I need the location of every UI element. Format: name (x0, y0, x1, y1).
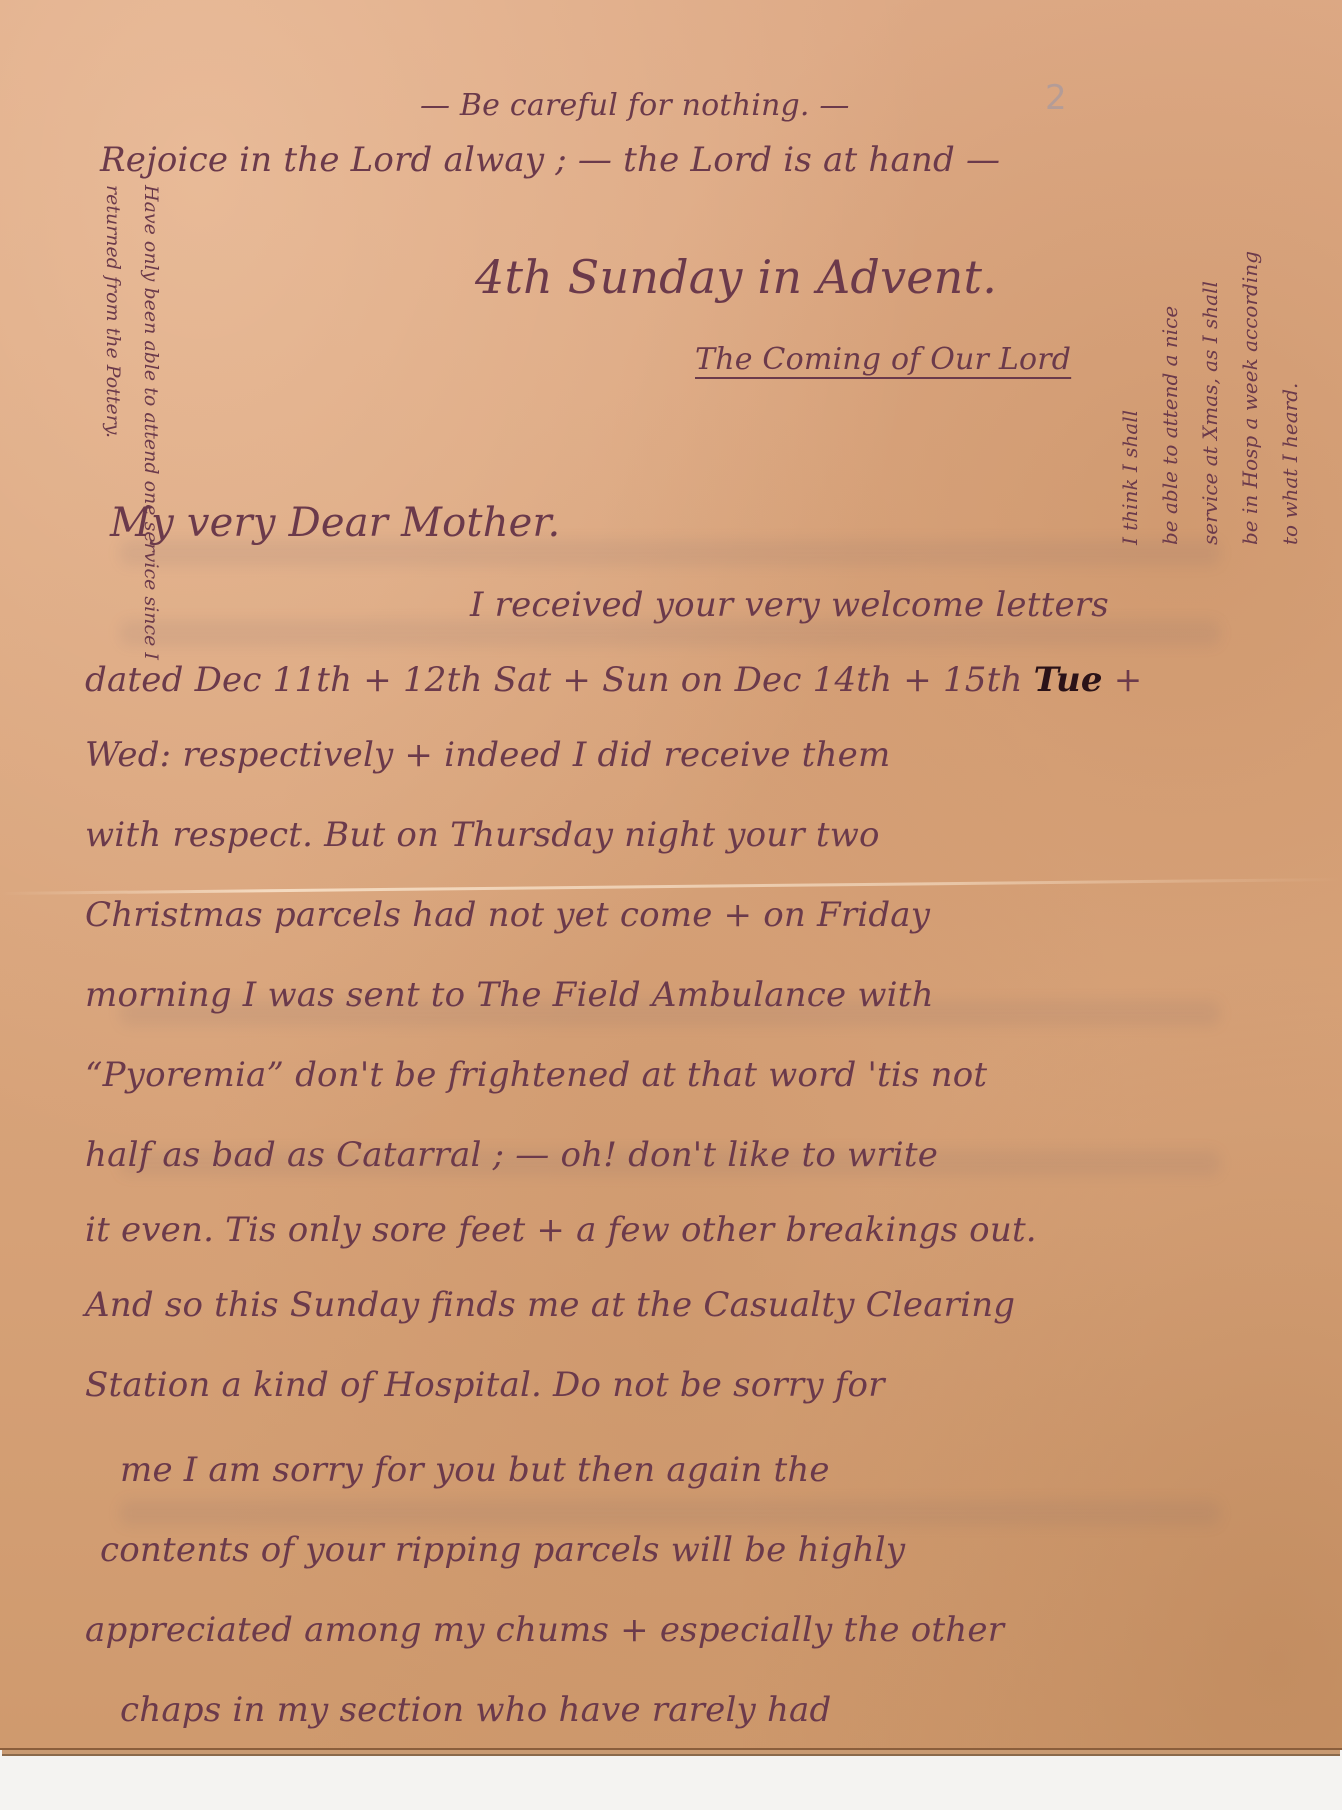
body-line: “Pyoremia” don't be frightened at that w… (85, 1055, 987, 1095)
right-margin-note-line: to what I heard. (1270, 25, 1310, 545)
body-line: appreciated among my chums + especially … (85, 1610, 1004, 1650)
body-line: with respect. But on Thursday night your… (85, 815, 880, 855)
body-line-text: + (1114, 660, 1143, 700)
body-line: contents of your ripping parcels will be… (100, 1530, 905, 1570)
body-line: half as bad as Catarral ; — oh! don't li… (85, 1135, 938, 1175)
heading-subtitle: The Coming of Our Lord (695, 342, 1071, 377)
heading-title: 4th Sunday in Advent. (475, 250, 997, 304)
body-line: And so this Sunday finds me at the Casua… (85, 1285, 1015, 1325)
paper-fold-crease (0, 878, 1342, 895)
body-line: morning I was sent to The Field Ambulanc… (85, 975, 934, 1015)
left-margin-note: Have only been able to attend one servic… (94, 185, 170, 685)
right-margin-note: I think I shall be able to attend a nice… (1110, 25, 1310, 545)
epigraph-line-2: Rejoice in the Lord alway ; — the Lord i… (100, 140, 1000, 180)
body-line: dated Dec 11th + 12th Sat + Sun on Dec 1… (85, 660, 1142, 700)
body-line-text: dated Dec 11th + 12th Sat + Sun on Dec 1… (85, 660, 1023, 700)
right-margin-note-line: be in Hosp a week according (1230, 25, 1270, 545)
page-number: 2 (1045, 78, 1067, 118)
bleed-through-text (120, 1500, 1220, 1526)
body-line: Station a kind of Hospital. Do not be so… (85, 1365, 885, 1405)
body-line: Wed: respectively + indeed I did receive… (85, 735, 890, 775)
right-margin-note-line: I think I shall (1110, 25, 1150, 545)
right-margin-note-line: be able to attend a nice (1150, 25, 1190, 545)
body-line: it even. Tis only sore feet + a few othe… (85, 1210, 1037, 1250)
body-line: chaps in my section who have rarely had (120, 1690, 832, 1730)
body-line: Christmas parcels had not yet come + on … (85, 895, 930, 935)
letter-page: 2 — Be careful for nothing. — Rejoice in… (0, 0, 1342, 1750)
body-line: me I am sorry for you but then again the (120, 1450, 830, 1490)
salutation: My very Dear Mother. (110, 500, 560, 546)
body-line: I received your very welcome letters (470, 585, 1109, 625)
epigraph-line-1: — Be careful for nothing. — (420, 88, 850, 123)
right-margin-note-line: service at Xmas, as I shall (1190, 25, 1230, 545)
overwritten-word: Tue (1034, 660, 1103, 700)
